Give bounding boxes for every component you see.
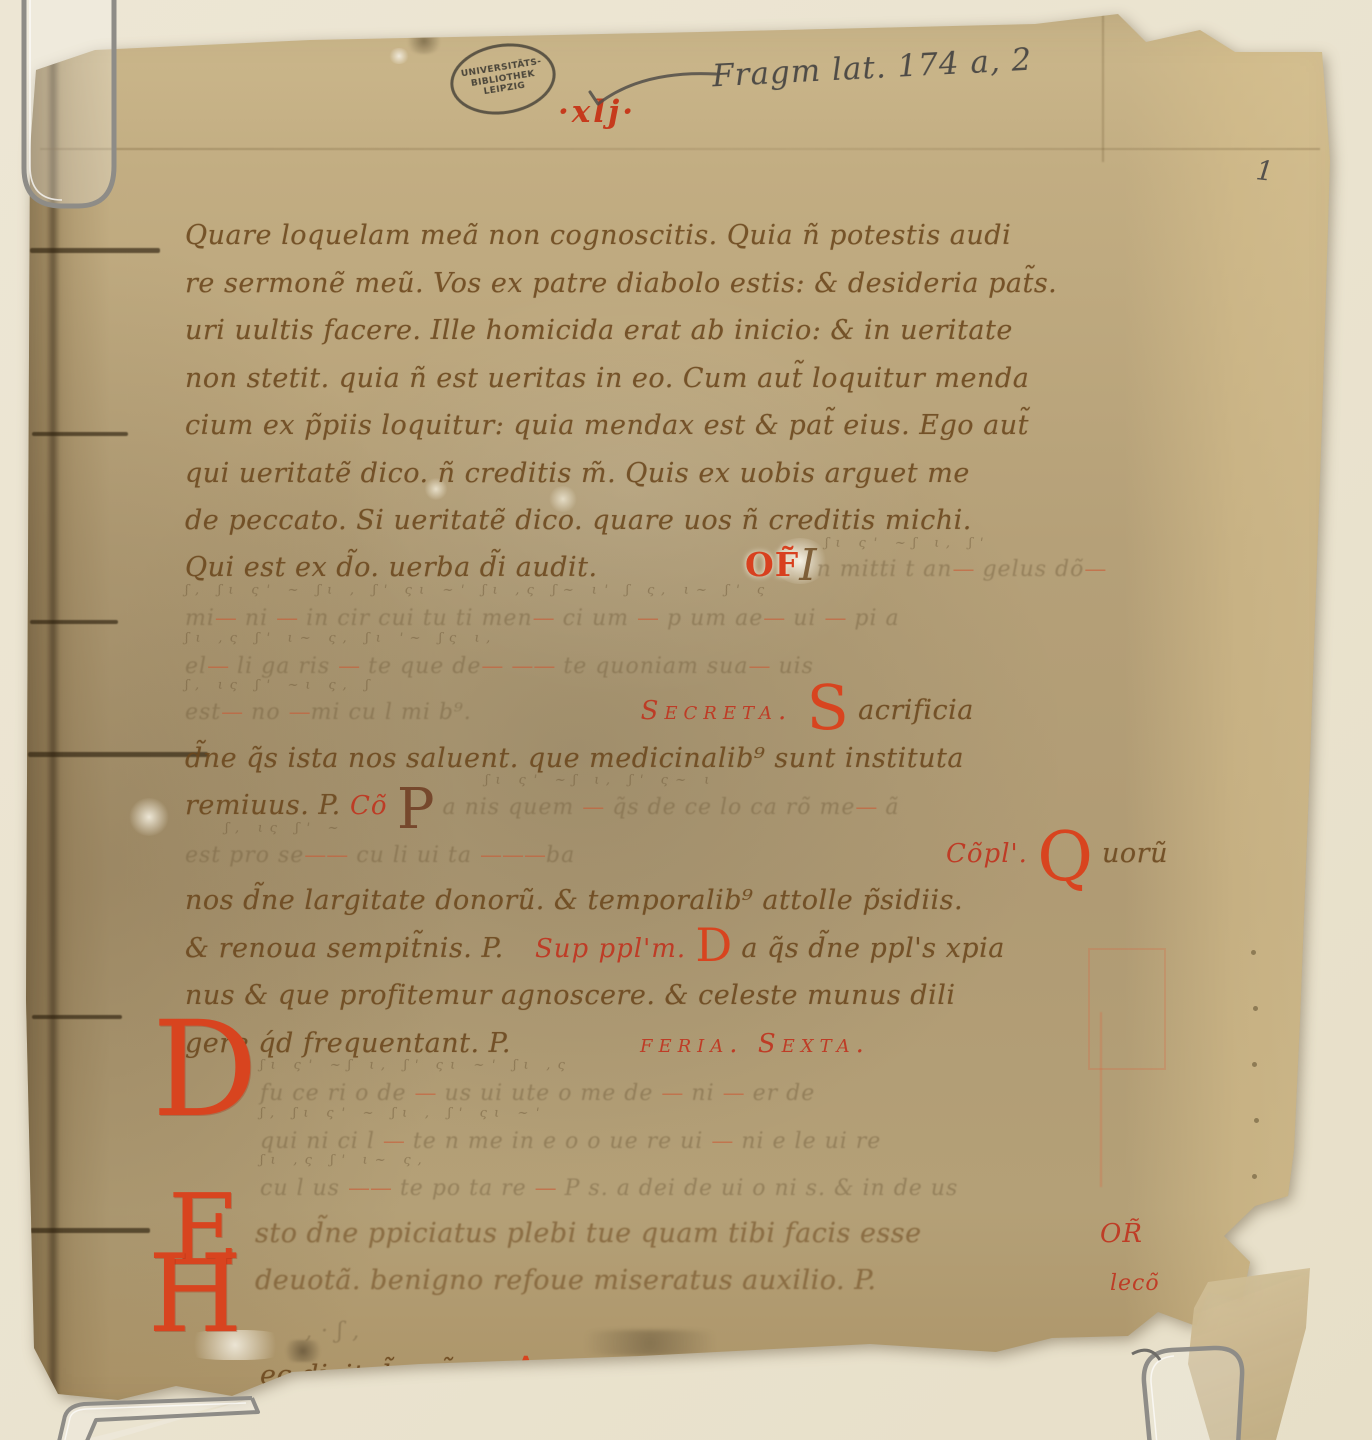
text-line: sto d̃ne ppiciatus plebi tue quam tibi f… bbox=[255, 1203, 1155, 1251]
text-line: qui ueritatẽ dico. ñ creditis m̃. Quis e… bbox=[185, 443, 1085, 491]
text-line: non stetit. quia ñ est ueritas in eo. Cu… bbox=[185, 348, 1085, 396]
text-segment: — bbox=[855, 795, 877, 820]
rubric-segment: Cõ bbox=[350, 791, 397, 821]
text-segment: — bbox=[535, 1176, 557, 1201]
stamp-line: UNIVERSITÄTS- bbox=[460, 57, 542, 80]
text-segment: — bbox=[711, 1129, 733, 1154]
text-segment: p um ae bbox=[659, 606, 763, 631]
text-segment: nus & que profitemur agnoscere. & celest… bbox=[185, 980, 955, 1011]
text-segment: cu l us bbox=[260, 1176, 348, 1201]
neume-row: ʃ‚ ις ʃ' ~ bbox=[224, 821, 347, 836]
library-stamp: UNIVERSITÄTS- BIBLIOTHEK LEIPZIG bbox=[445, 36, 561, 122]
stain bbox=[772, 538, 828, 584]
text-segment: cu li ui bbox=[348, 843, 448, 868]
stain bbox=[404, 28, 444, 54]
stain bbox=[280, 1340, 326, 1362]
margin-initial-E: E bbox=[168, 1192, 240, 1270]
neume-row: ʃ‚ ʃι ς' ~ ʃι ‚ ʃ' ςι ~' ʃι ‚ς ʃ~ ι' ʃ ς… bbox=[184, 583, 773, 598]
prick-hole bbox=[1253, 1006, 1258, 1011]
text-segment: qui ueritatẽ dico. ñ creditis m̃. Quis e… bbox=[185, 458, 970, 489]
text-segment: cium ex p̃piis loquitur: quia mendax est… bbox=[185, 410, 1029, 441]
text-line: deuotã. benigno refoue miseratus auxilio… bbox=[255, 1250, 1155, 1298]
text-segment: —— bbox=[304, 843, 348, 868]
rubric-segment: OR̃ bbox=[1100, 1219, 1143, 1249]
text-segment: ci um bbox=[555, 606, 637, 631]
vertical-crease bbox=[1102, 12, 1104, 162]
text-segment: — bbox=[415, 1081, 437, 1106]
bleedthrough-initial bbox=[1088, 948, 1166, 1070]
text-line: nos d̃ne largitate donorũ. & temporalib⁹… bbox=[185, 870, 1085, 918]
text-line: ʃ‚ ʃι ς' ~ ʃι ‚ ʃ' ςι ~' ʃι ‚ς ʃ~ ι' ʃ ς… bbox=[185, 585, 1085, 633]
text-line: ʃ‚ ις ʃ' ~ι ς‚ ʃest— no — mi cu l mi b⁹.… bbox=[185, 680, 1085, 728]
text-segment: Quare loquelam meã non cognoscitis. Quia… bbox=[185, 220, 1011, 251]
stain bbox=[424, 478, 448, 500]
text-line: d̃ne q̃s ista nos saluent. que medicinal… bbox=[185, 728, 1085, 776]
text-segment: er de bbox=[745, 1081, 816, 1106]
neume-row: ʃ‚ ʃι ς' ~ ʃι ‚ ʃ' ςι ~' bbox=[259, 1106, 547, 1121]
text-line: ʃι ς' ~ʃ ι‚ ʃ' ς~ ιremiuus. P. Cõ P a ni… bbox=[185, 775, 1085, 823]
text-segment: —— bbox=[511, 654, 555, 679]
text-line: & renoua sempit̃nis. P. Sup ppl'm. D a q… bbox=[185, 918, 1085, 966]
parchment-wrapper: UNIVERSITÄTS- BIBLIOTHEK LEIPZIG ·xlj· Q… bbox=[0, 0, 1372, 1440]
text-segment: us ui ute o me de bbox=[437, 1081, 662, 1106]
text-line: gere q́d frequentant. P. feria. Sexta. bbox=[185, 1013, 1085, 1061]
stamp-line: LEIPZIG bbox=[483, 81, 526, 98]
prick-hole bbox=[1252, 1174, 1257, 1179]
rubric-segment: lecõ bbox=[1110, 1271, 1160, 1296]
rubric-segment: Secreta. bbox=[641, 696, 807, 726]
text-segment: no bbox=[243, 700, 288, 725]
text-line: ‚ · ʃ ‚ bbox=[305, 1298, 1205, 1346]
text-segment: qui ni ci l bbox=[260, 1129, 383, 1154]
text-segment: d̃ne q̃s ista nos saluent. que medicinal… bbox=[185, 743, 964, 774]
text-segment: est pro se bbox=[185, 843, 304, 868]
text-line: uri uultis facere. Ille homicida erat ab… bbox=[185, 300, 1085, 348]
text-segment: ã bbox=[877, 795, 899, 820]
text-segment: Qui est ex d̃o. uerba d̃i audit. bbox=[185, 552, 745, 583]
text-line: ʃι ‚ς ʃ' ι~ ς‚ ʃι '~ ʃς ι‚el— li ga ris … bbox=[185, 633, 1085, 681]
text-segment: fu ce ri o de bbox=[260, 1081, 415, 1106]
prick-hole bbox=[1250, 1230, 1255, 1235]
text-segment: ——— bbox=[480, 843, 546, 868]
text-segment: — bbox=[661, 1081, 683, 1106]
neume-row: ʃι ς' ~ʃ ι‚ ʃ' ς~ ι bbox=[484, 773, 718, 788]
stain bbox=[548, 486, 578, 512]
text-line: de peccato. Si ueritatẽ dico. quare uos … bbox=[185, 490, 1085, 538]
neume-row: ʃι ‚ς ʃ' ι~ ς‚ ʃι '~ ʃς ι‚ bbox=[184, 631, 499, 646]
sewing-station bbox=[28, 752, 208, 757]
text-segment: a nis quem bbox=[435, 795, 583, 820]
sewing-station bbox=[30, 1228, 150, 1233]
text-segment: — bbox=[582, 795, 604, 820]
text-segment: — bbox=[276, 606, 298, 631]
neume-row: ʃι ‚ς ʃ' ι~ ς‚ bbox=[259, 1153, 431, 1168]
text-segment: — bbox=[824, 606, 846, 631]
text-segment: — bbox=[338, 654, 360, 679]
text-segment: ‚ · ʃ ‚ bbox=[305, 1319, 360, 1344]
text-segment: mi cu l mi b⁹. bbox=[311, 700, 641, 725]
text-line: ec dicit d̃ns d̃s. A nimam que peccaueri… bbox=[260, 1345, 1160, 1393]
text-segment: uri uultis facere. Ille homicida erat ab… bbox=[185, 315, 1013, 346]
text-segment: — bbox=[221, 700, 243, 725]
text-segment: re sermonẽ meũ. Vos ex patre diabolo est… bbox=[185, 268, 1057, 299]
text-segment: — bbox=[748, 654, 770, 679]
prick-hole bbox=[1252, 1062, 1257, 1067]
text-segment: — bbox=[637, 606, 659, 631]
text-segment: nimam que peccauerit. bbox=[542, 1360, 972, 1391]
binding-fold-crease bbox=[46, 0, 60, 1440]
stain bbox=[180, 1330, 290, 1360]
text-line: cium ex p̃piis loquitur: quia mendax est… bbox=[185, 395, 1085, 443]
text-segment: —— bbox=[348, 1176, 392, 1201]
parchment-leaf: UNIVERSITÄTS- BIBLIOTHEK LEIPZIG ·xlj· Q… bbox=[0, 0, 1372, 1440]
rubric-segment: feria. Sexta. bbox=[640, 1029, 870, 1059]
rubric-segment: Sup ppl'm. bbox=[535, 934, 695, 964]
text-segment: ta bbox=[448, 843, 480, 868]
text-line: ʃι ς' ~ʃ ι‚ ʃ' ςι ~' ʃι ‚ςfu ce ri o de … bbox=[260, 1060, 1160, 1108]
text-segment: in cir cui tu ti men bbox=[298, 606, 533, 631]
text-segment: deuotã. benigno refoue miseratus auxilio… bbox=[255, 1265, 1025, 1296]
folio-number-red: ·xlj· bbox=[558, 94, 636, 130]
text-segment: li ga ris bbox=[229, 654, 338, 679]
manuscript-photo: UNIVERSITÄTS- BIBLIOTHEK LEIPZIG ·xlj· Q… bbox=[0, 0, 1372, 1440]
text-line: ʃ‚ ις ʃ' ~est pro se—— cu li ui ta ——— b… bbox=[185, 823, 1085, 871]
sewing-station bbox=[32, 432, 128, 436]
text-segment: gere q́d frequentant. P. bbox=[185, 1028, 640, 1059]
text-segment: el bbox=[185, 654, 207, 679]
stamp-line: BIBLIOTHEK bbox=[470, 69, 535, 89]
text-segment: & renoua sempit̃nis. P. bbox=[185, 933, 535, 964]
text-line: nus & que profitemur agnoscere. & celest… bbox=[185, 965, 1085, 1013]
text-segment: nos d̃ne largitate donorũ. & temporalib⁹… bbox=[185, 885, 963, 916]
text-segment: — bbox=[723, 1081, 745, 1106]
text-line: ʃι ‚ς ʃ' ι~ ς‚cu l us —— te po ta re — P… bbox=[260, 1155, 1160, 1203]
text-segment: te quoniam sua bbox=[555, 654, 748, 679]
text-segment: — bbox=[1084, 557, 1106, 582]
text-segment: — bbox=[207, 654, 229, 679]
stain bbox=[560, 1330, 740, 1356]
rubric-segment: Cõpl'. bbox=[946, 839, 1037, 869]
text-segment: sto d̃ne ppiciatus plebi tue quam tibi f… bbox=[255, 1218, 1015, 1249]
text-segment: uis bbox=[770, 654, 814, 679]
text-segment: remiuus. P. bbox=[185, 790, 350, 821]
text-line: ʃ‚ ʃι ς' ~ ʃι ‚ ʃ' ςι ~'qui ni ci l — te… bbox=[260, 1108, 1160, 1156]
text-segment: q̃s de ce lo ca rõ me bbox=[604, 795, 855, 820]
folio-number-pencil: 1 bbox=[1254, 155, 1274, 188]
text-segment: non stetit. quia ñ est ueritas in eo. Cu… bbox=[185, 363, 1029, 394]
text-line: Quare loquelam meã non cognoscitis. Quia… bbox=[185, 205, 1085, 253]
rubric-segment: OF̃ bbox=[745, 545, 799, 584]
neume-row: ʃι ς' ~ʃ ι‚ ʃ' ςι ~' ʃι ‚ς bbox=[259, 1058, 574, 1073]
text-segment: acrificia bbox=[849, 695, 974, 726]
stain bbox=[388, 48, 410, 64]
text-segment: gelus dõ bbox=[974, 557, 1084, 582]
text-segment: de peccato. Si ueritatẽ dico. quare uos … bbox=[185, 505, 972, 536]
text-segment: — bbox=[533, 606, 555, 631]
text-segment: est bbox=[185, 700, 221, 725]
stain bbox=[128, 798, 170, 836]
text-segment: — bbox=[481, 654, 503, 679]
sewing-station bbox=[30, 248, 160, 253]
text-segment: — bbox=[289, 700, 311, 725]
prick-hole bbox=[1254, 1118, 1259, 1123]
text-segment: ni bbox=[683, 1081, 722, 1106]
text-segment: — bbox=[383, 1129, 405, 1154]
text-segment: uorũ bbox=[1093, 838, 1168, 869]
text-segment bbox=[503, 654, 511, 679]
sewing-station bbox=[30, 620, 118, 624]
text-segment: ba bbox=[546, 843, 946, 868]
text-segment: ec dicit d̃ns d̃s. bbox=[260, 1360, 510, 1391]
text-segment: n mitti t an bbox=[817, 557, 953, 582]
sewing-station bbox=[32, 1015, 122, 1019]
text-segment: ni bbox=[237, 606, 276, 631]
margin-initial-H: H bbox=[148, 1252, 242, 1338]
text-line: re sermonẽ meũ. Vos ex patre diabolo est… bbox=[185, 253, 1085, 301]
text-segment: — bbox=[215, 606, 237, 631]
margin-initial-D: D bbox=[152, 1018, 258, 1124]
text-segment: ni e le ui re bbox=[733, 1129, 881, 1154]
text-segment: ui bbox=[785, 606, 824, 631]
text-segment: mi bbox=[185, 606, 215, 631]
text-segment: — bbox=[763, 606, 785, 631]
neume-row: ʃι ς' ~ʃ ι‚ ʃ' bbox=[824, 536, 991, 551]
text-segment: — bbox=[952, 557, 974, 582]
horizontal-crease bbox=[40, 148, 1320, 150]
neume-row: ʃ‚ ις ʃ' ~ι ς‚ ʃ bbox=[184, 678, 377, 693]
bleedthrough-line bbox=[1100, 1012, 1102, 1187]
text-line: ʃι ς' ~ʃ ι‚ ʃ'Qui est ex d̃o. uerba d̃i … bbox=[185, 538, 1085, 586]
text-segment: a q̃s d̃ne ppl's xpia bbox=[732, 933, 1005, 964]
text-segment: pi a bbox=[846, 606, 899, 631]
binding-fold bbox=[0, 0, 110, 1440]
text-segment: P s. a dei de ui o ni s. & in de us bbox=[557, 1176, 959, 1201]
prick-hole bbox=[1251, 950, 1256, 955]
text-segment: te po ta re bbox=[392, 1176, 535, 1201]
text-segment: te n me in e o o ue re ui bbox=[405, 1129, 711, 1154]
text-segment: te que de bbox=[360, 654, 481, 679]
